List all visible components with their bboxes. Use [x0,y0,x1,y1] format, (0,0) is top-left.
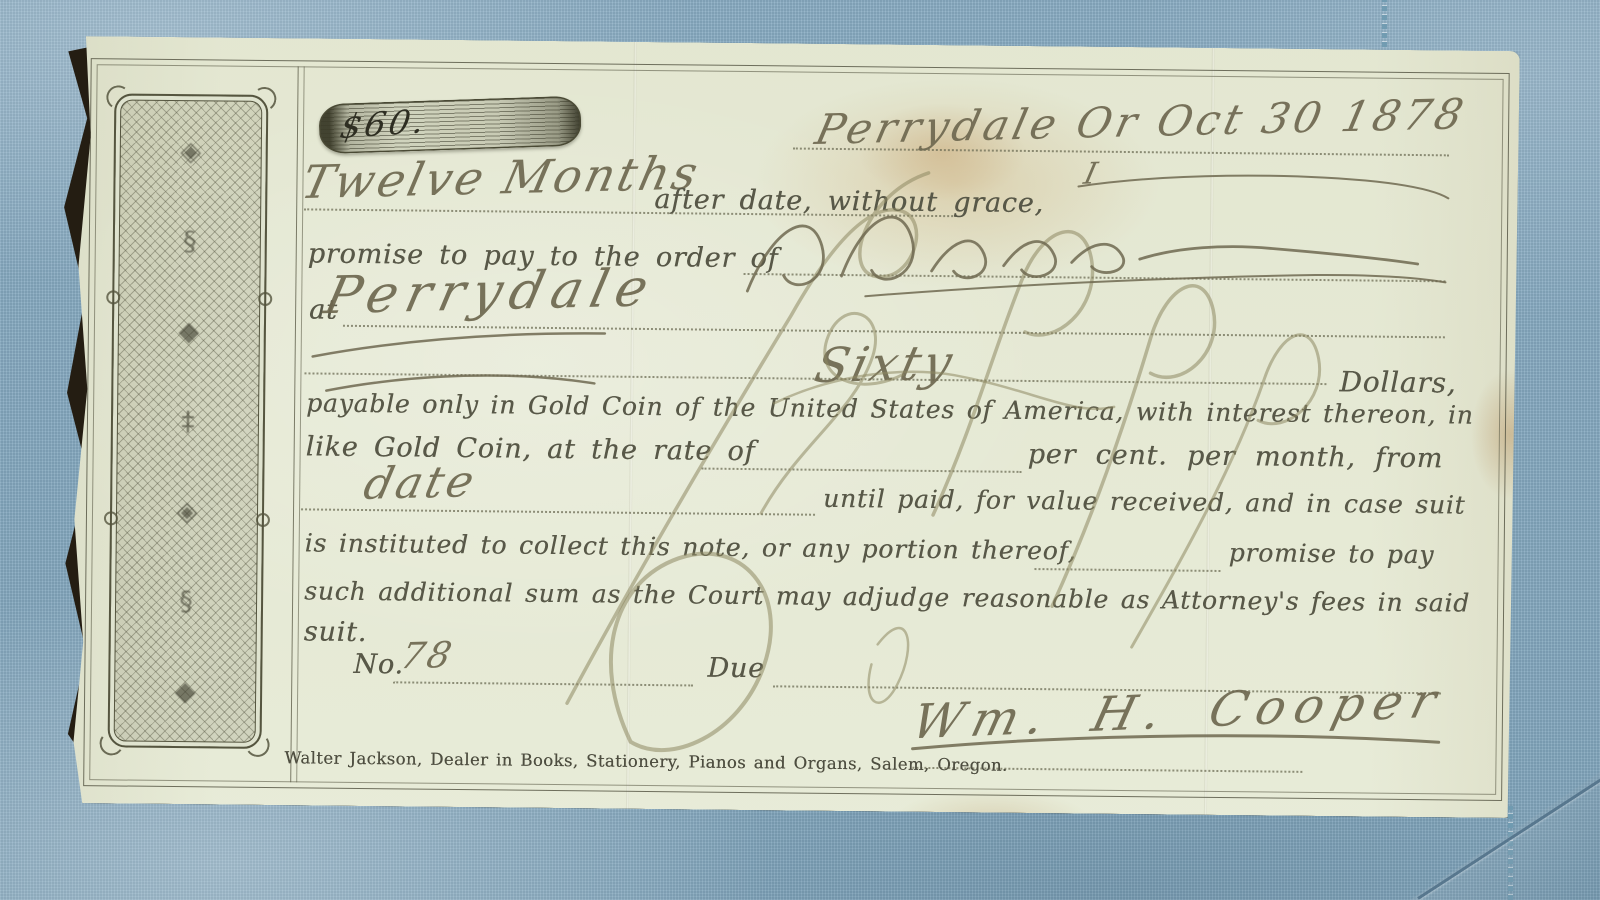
after-date-text: after date, without grace, [654,184,1044,219]
due-label: Due [707,653,765,685]
amount-numeric: $60. [337,101,430,146]
promise-text: promise to pay [1229,538,1435,569]
panel-ornament-glyph: ◆ [175,678,196,705]
ornate-border-panel: ◈§◆‡◈§◆ [108,93,269,749]
panel-ornament-glyph: ◆ [178,318,199,345]
panel-ornaments: ◈§◆‡◈§◆ [110,105,267,737]
panel-ornament-glyph: ◈ [176,498,197,525]
photo-of-promissory-note: ◈§◆‡◈§◆ $60. Perrydale Or Oct 30 1878 Tw… [0,0,1600,900]
panel-ornament-glyph: § [183,228,197,255]
suit-text: suit. [304,616,368,648]
who-rule [1034,550,1220,572]
value-banner: $60. [318,96,582,155]
number-rule [393,663,693,686]
panel-ornament-glyph: ‡ [181,408,195,435]
promissory-note-paper: ◈§◆‡◈§◆ $60. Perrydale Or Oct 30 1878 Tw… [70,36,1520,818]
rate-text-right: per cent. per month, from [1028,439,1444,474]
place-handwriting: Perrydale [319,258,661,326]
dollars-label: Dollars, [1339,365,1456,399]
rate-rule [701,450,1021,473]
amount-words-handwriting: Sixty [810,335,960,394]
panel-ornament-glyph: § [179,588,193,615]
panel-ornament-glyph: ◈ [180,138,201,165]
fabric-seam-top [1382,0,1387,56]
from-handwriting: date [359,456,482,510]
